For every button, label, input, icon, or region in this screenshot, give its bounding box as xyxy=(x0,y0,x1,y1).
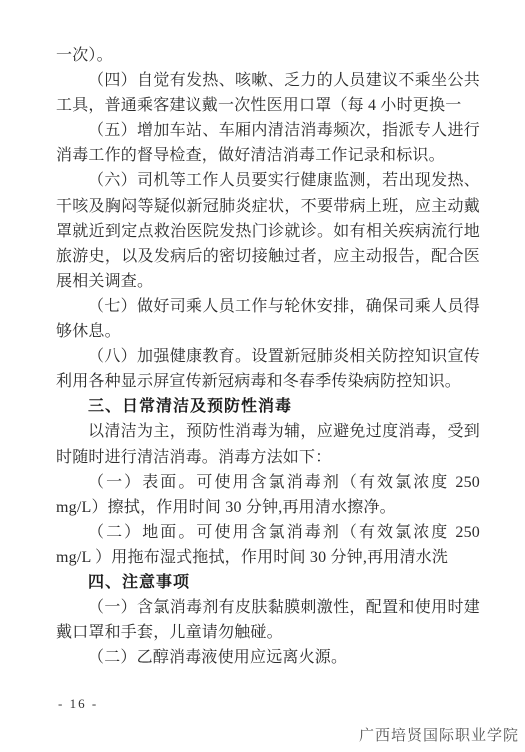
text-line: 戴口罩和手套，儿童请勿触碰。 xyxy=(56,620,480,645)
text-line: 展相关调查。 xyxy=(56,269,480,294)
text-line: （二）地面。可使用含氯消毒剂（有效氯浓度 250 mg/L - 500 xyxy=(56,520,480,545)
text-line: （一）含氯消毒剂有皮肤黏膜刺激性，配置和使用时建议佩 xyxy=(56,595,480,620)
text-line: （二）乙醇消毒液使用应远离火源。 xyxy=(56,645,480,670)
document-body: 一次）。（四）自觉有发热、咳嗽、乏力的人员建议不乘坐公共交通工具，普通乘客建议戴… xyxy=(56,43,480,670)
text-line: （四）自觉有发热、咳嗽、乏力的人员建议不乘坐公共交通 xyxy=(56,68,480,93)
text-line: 一次）。 xyxy=(56,43,480,68)
text-line: 工具，普通乘客建议戴一次性医用口罩（每 4 小时更换一次）。 xyxy=(56,93,480,118)
text-line: 利用各种显示屏宣传新冠病毒和冬春季传染病防控知识。 xyxy=(56,369,480,394)
watermark-school-name: 广西培贤国际职业学院 xyxy=(359,724,519,745)
text-line: 以清洁为主，预防性消毒为辅，应避免过度消毒，受到污染 xyxy=(56,419,480,444)
text-line: （七）做好司乘人员工作与轮休安排，确保司乘人员得到足 xyxy=(56,294,480,319)
text-line: （八）加强健康教育。设置新冠肺炎相关防控知识宣传栏。 xyxy=(56,344,480,369)
text-line: 旅游史，以及发病后的密切接触过者，应主动报告，配合医生开 xyxy=(56,244,480,269)
text-line: 罩就近到定点救治医院发热门诊就诊。如有相关疾病流行地区的 xyxy=(56,219,480,244)
text-line: 够休息。 xyxy=(56,319,480,344)
text-line: 干咳及胸闷等疑似新冠肺炎症状，不要带病上班，应主动戴上口 xyxy=(56,194,480,219)
page-number: - 16 - xyxy=(58,696,98,712)
text-line: 消毒工作的督导检查，做好清洁消毒工作记录和标识。 xyxy=(56,143,480,168)
section-heading: 三、日常清洁及预防性消毒 xyxy=(56,394,480,419)
section-heading: 四、注意事项 xyxy=(56,570,480,595)
text-line: mg/L ）用拖布湿式拖拭，作用时间 30 分钟,再用清水洗净。 xyxy=(56,545,480,570)
text-line: （一）表面。可使用含氯消毒剂（有效氯浓度 250 mg/L-500 xyxy=(56,470,480,495)
text-line: （六）司机等工作人员要实行健康监测，若出现发热、乏力、 xyxy=(56,168,480,193)
text-line: mg/L）擦拭，作用时间 30 分钟,再用清水擦净。 xyxy=(56,495,480,520)
text-line: （五）增加车站、车厢内清洁消毒频次，指派专人进行清洁 xyxy=(56,118,480,143)
document-page: 一次）。（四）自觉有发热、咳嗽、乏力的人员建议不乘坐公共交通工具，普通乘客建议戴… xyxy=(0,0,525,752)
text-line: 时随时进行清洁消毒。消毒方法如下： xyxy=(56,445,480,470)
